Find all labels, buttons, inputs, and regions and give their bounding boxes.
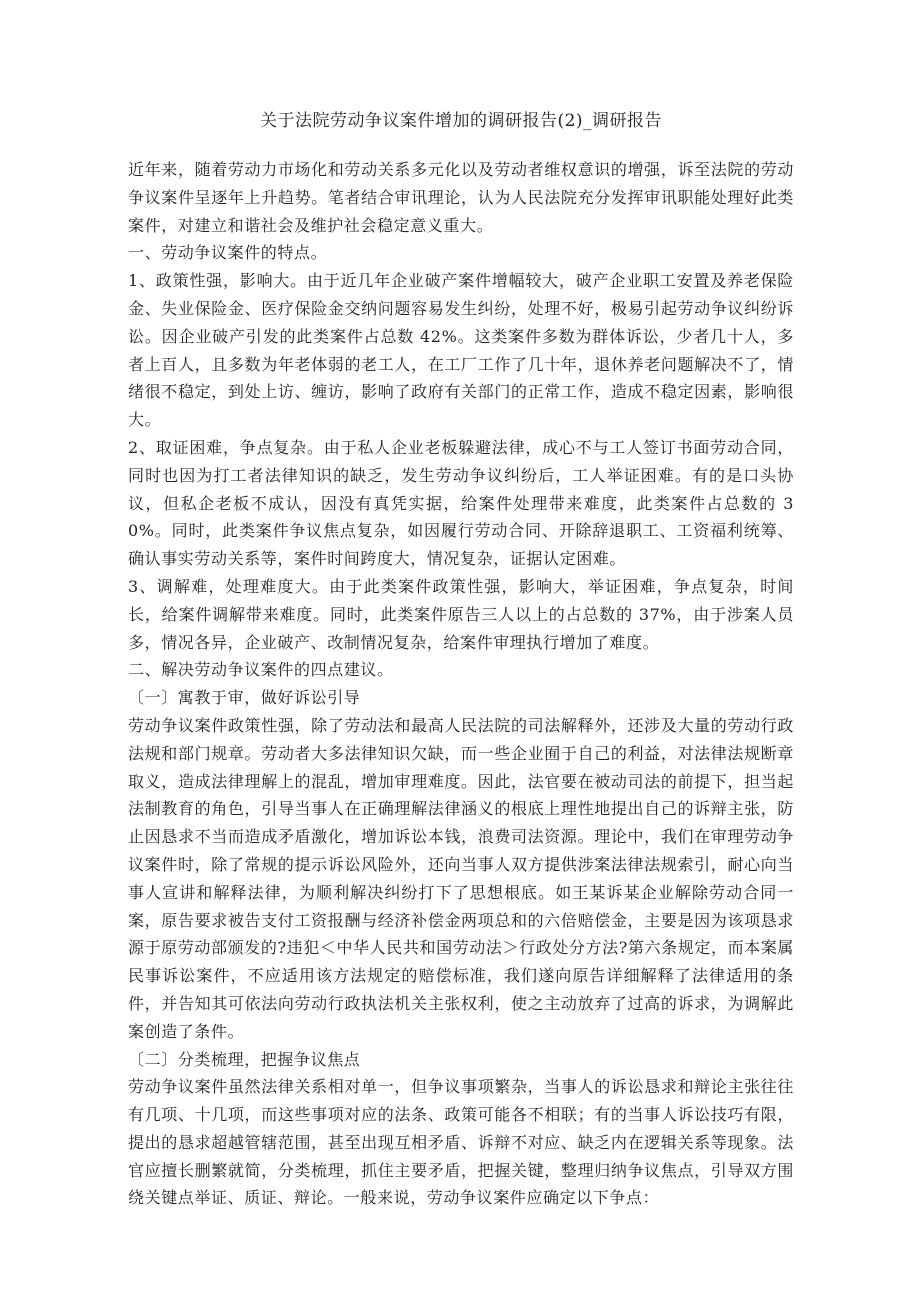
paragraph-point-1: 1、政策性强，影响大。由于近几年企业破产案件增幅较大，破产企业职工安置及养老保险… bbox=[128, 267, 794, 434]
heading-subsection-1: 〔一〕寓教于审，做好诉讼引导 bbox=[128, 684, 794, 712]
paragraph-intro: 近年来，随着劳动力市场化和劳动关系多元化以及劳动者维权意识的增强，诉至法院的劳动… bbox=[128, 156, 794, 239]
paragraph-point-2: 2、取证困难，争点复杂。由于私人企业老板躲避法律，成心不与工人签订书面劳动合同，… bbox=[128, 434, 794, 573]
document-body: 近年来，随着劳动力市场化和劳动关系多元化以及劳动者维权意识的增强，诉至法院的劳动… bbox=[128, 156, 794, 1212]
paragraph-subsection-1: 劳动争议案件政策性强，除了劳动法和最高人民法院的司法解释外，还涉及大量的劳动行政… bbox=[128, 712, 794, 1046]
document-page: 关于法院劳动争议案件增加的调研报告(2)_调研报告 近年来，随着劳动力市场化和劳… bbox=[0, 0, 920, 1302]
document-title: 关于法院劳动争议案件增加的调研报告(2)_调研报告 bbox=[128, 108, 794, 135]
heading-subsection-2: 〔二〕分类梳理，把握争议焦点 bbox=[128, 1046, 794, 1074]
heading-section-1: 一、劳动争议案件的特点。 bbox=[128, 239, 794, 267]
heading-section-2: 二、解决劳动争议案件的四点建议。 bbox=[128, 656, 794, 684]
paragraph-point-3: 3、调解难，处理难度大。由于此类案件政策性强，影响大，举证困难，争点复杂，时间长… bbox=[128, 573, 794, 656]
paragraph-subsection-2: 劳动争议案件虽然法律关系相对单一，但争议事项繁杂，当事人的诉讼恳求和辩论主张往往… bbox=[128, 1073, 794, 1212]
